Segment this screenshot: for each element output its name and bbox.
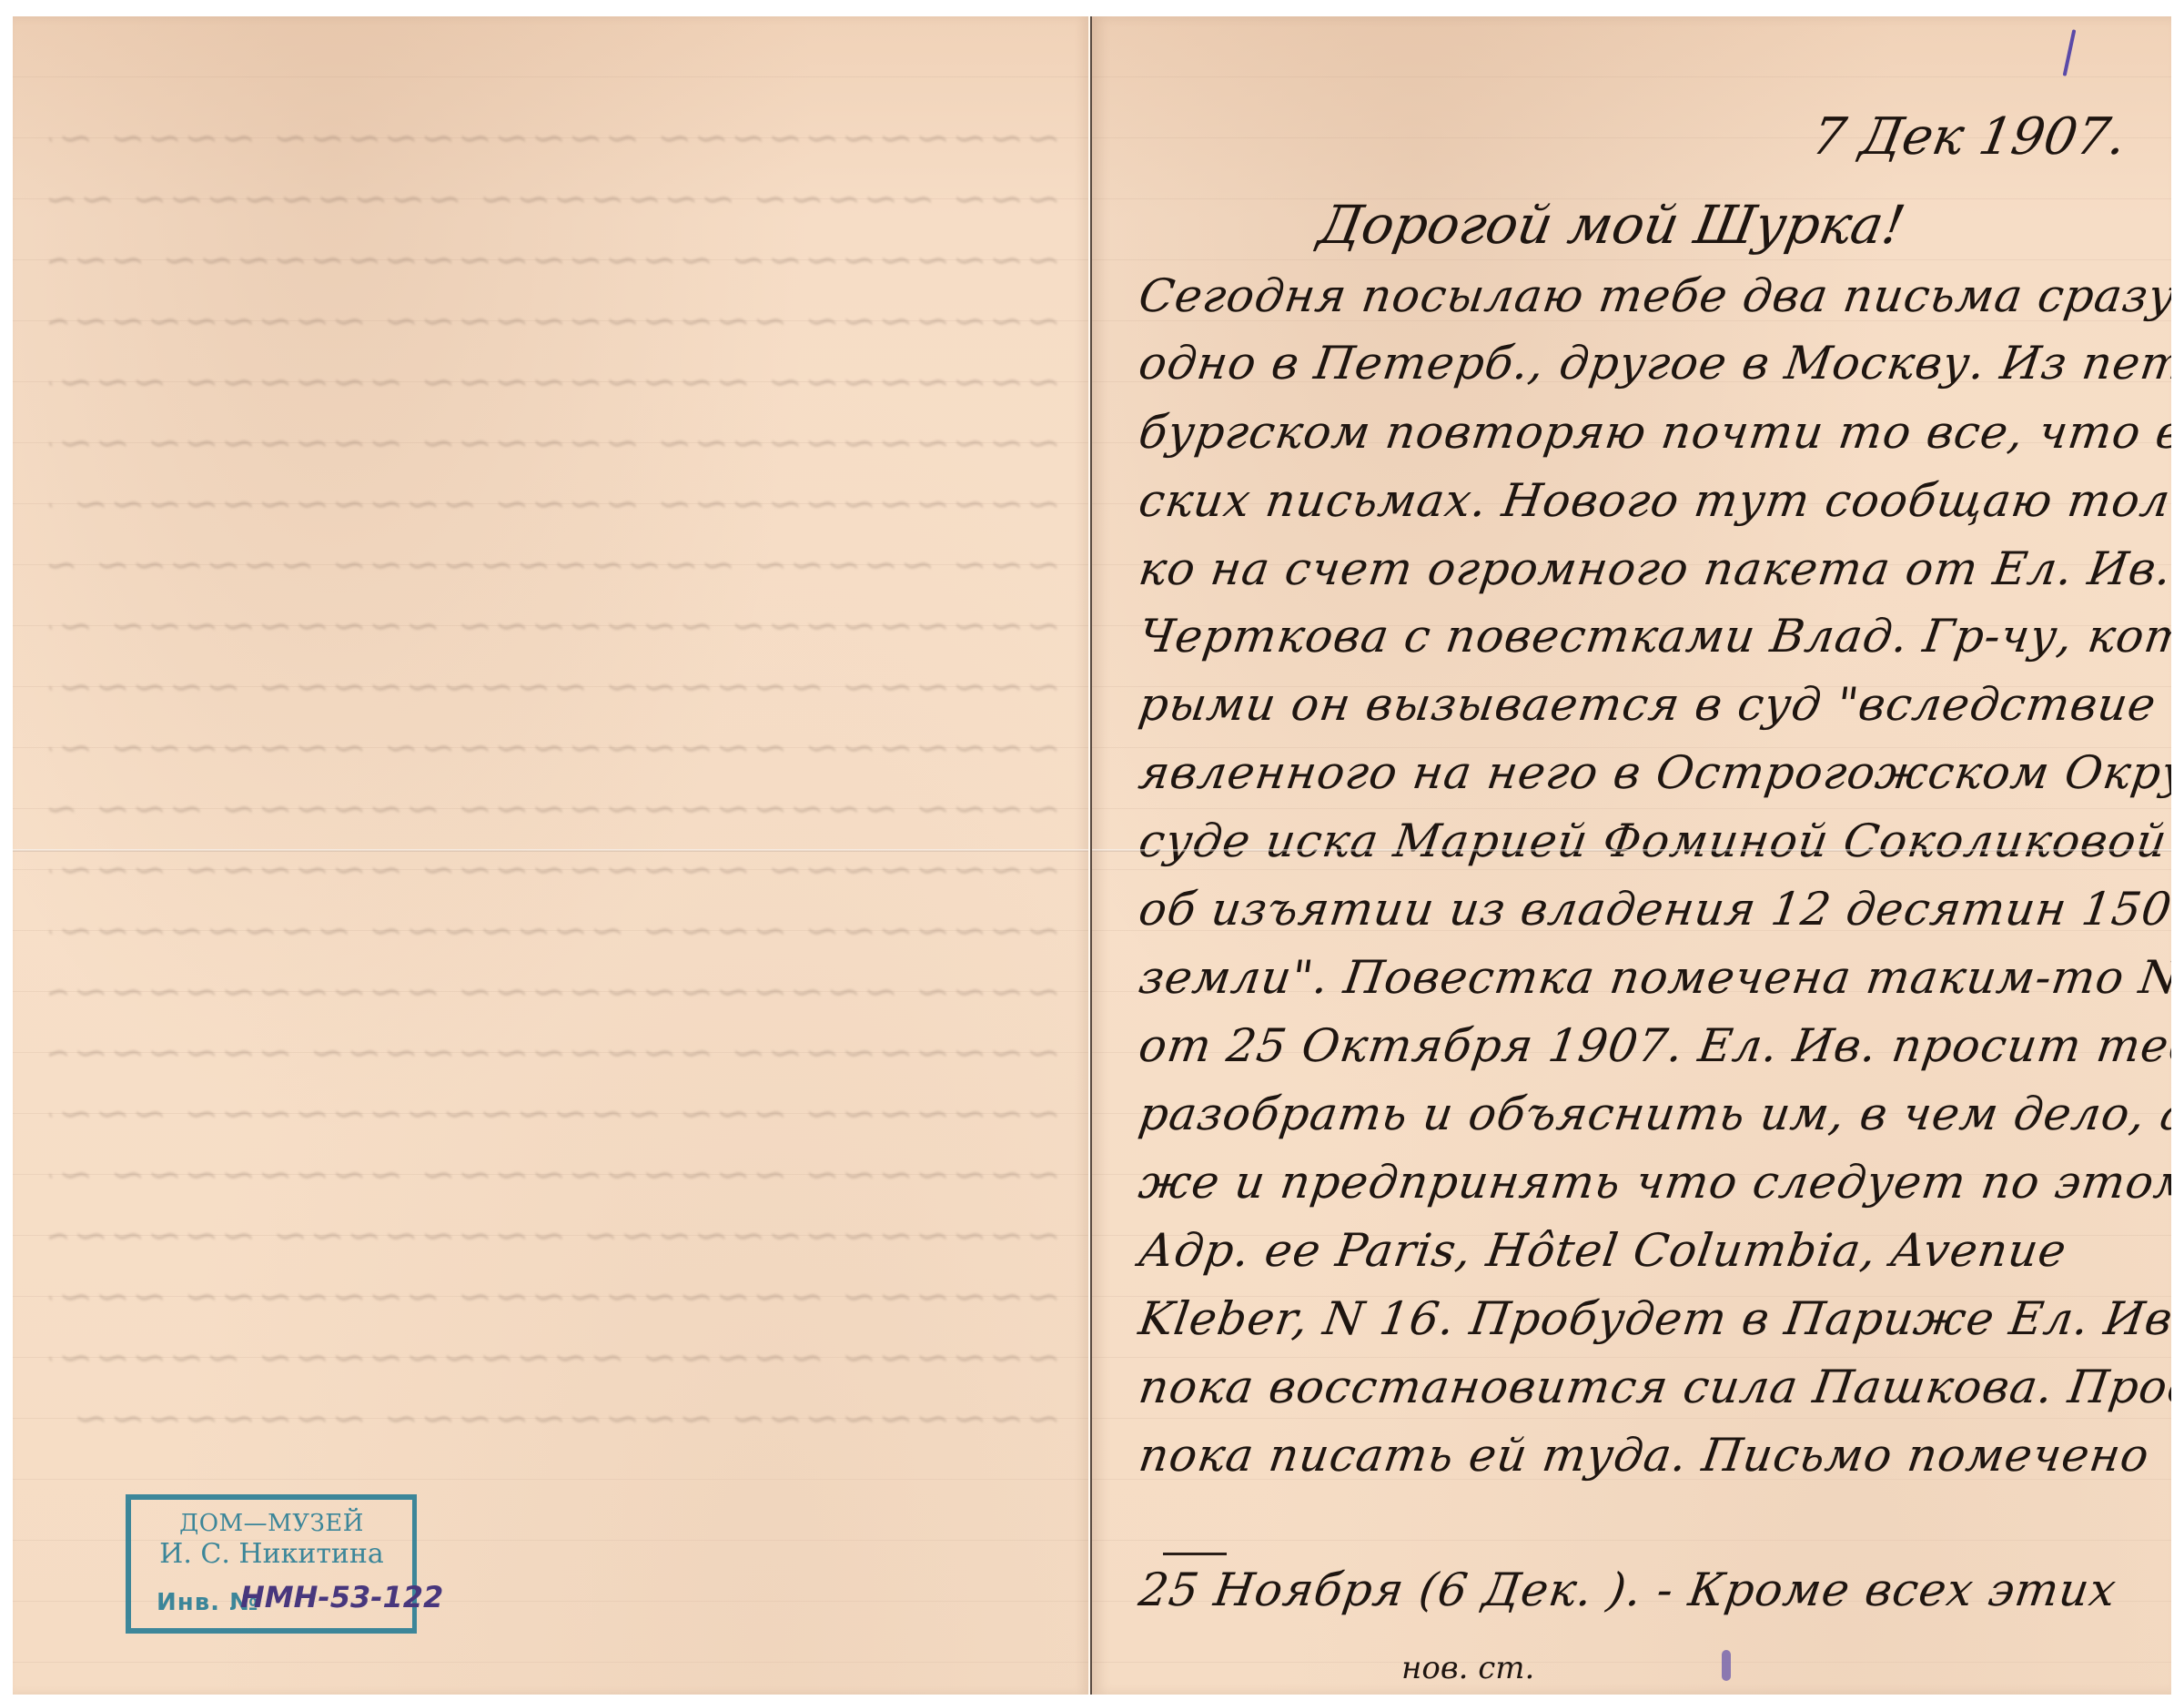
old-style-date-note: нов. ст.: [1401, 1650, 1534, 1686]
horizontal-fold-left: [13, 849, 1088, 852]
bleed-through-text: ~~~~~~~~~~~ ~~~~~~~~~~ ~~~~ ~~~~~~ ~~~ ~…: [49, 107, 1061, 1449]
letter-line: пока восстановится сила Пашкова. Просит: [1136, 1361, 2142, 1413]
ink-spot: [1722, 1650, 1731, 1681]
handwritten-letter: 7 Дек 1907. Дорогой мой Шурка! Сегодня п…: [1092, 16, 2171, 1695]
stamp-museum-name: ДОМ—МУЗЕЙ: [131, 1509, 412, 1538]
stamp-inventory-number: НМН-53-122: [240, 1580, 443, 1614]
stamp-museum-owner: И. С. Никитина: [131, 1538, 412, 1571]
letter-line: рыми он вызывается в суд "вследствие пре…: [1136, 678, 2142, 731]
right-page: 7 Дек 1907. Дорогой мой Шурка! Сегодня п…: [1090, 16, 2171, 1695]
letter-line: об изъятии из владения 12 десятин 1500 с…: [1136, 883, 2142, 936]
letter-line: 25 Ноября (6 Дек. ). - Кроме всех этих: [1136, 1563, 2142, 1616]
letter-line: Kleber, N 16. Пробудет в Париже Ел. Ив.: [1136, 1292, 2142, 1345]
letter-line: земли". Повестка помечена таким-то N: [1136, 951, 2142, 1004]
letter-sheet: ~~~~~~~~~~~ ~~~~~~~~~~ ~~~~ ~~~~~~ ~~~ ~…: [13, 16, 2169, 1695]
letter-line: от 25 Октября 1907. Ел. Ив. просит тебя: [1136, 1019, 2142, 1072]
letter-date: 7 Дек 1907.: [1808, 107, 2131, 167]
letter-line: же и предпринять что следует по этому де…: [1136, 1156, 2142, 1209]
letter-line: пока писать ей туда. Письмо помечено: [1136, 1429, 2142, 1482]
letter-line: суде иска Марией Фоминой Соколиковой: [1136, 815, 2142, 867]
letter-line: явленного на него в Острогожском Окружно…: [1136, 746, 2142, 799]
horizontal-fold-right: [1092, 849, 2171, 852]
museum-stamp: ДОМ—МУЗЕЙ И. С. Никитина Инв. № НМН-53-1…: [126, 1494, 417, 1634]
letter-line: ских письмах. Нового тут сообщаю толь-: [1136, 474, 2142, 527]
letter-line: Адр. ее Paris, Hôtel Columbia, Avenue: [1136, 1224, 2142, 1277]
underline-mark: [1163, 1553, 1227, 1555]
letter-line: разобрать и объяснить им, в чем дело, а …: [1136, 1088, 2142, 1140]
letter-line: бургском повторяю почти то все, что в мо…: [1136, 406, 2142, 459]
letter-line: Сегодня посылаю тебе два письма сразу:: [1136, 269, 2142, 322]
letter-line: Черткова с повестками Влад. Гр-чу, кото-: [1136, 610, 2142, 663]
left-page: ~~~~~~~~~~~ ~~~~~~~~~~ ~~~~ ~~~~~~ ~~~ ~…: [13, 16, 1088, 1695]
letter-line: одно в Петерб., другое в Москву. Из пете…: [1136, 337, 2142, 390]
letter-salutation: Дорогой мой Шурка!: [1314, 194, 1909, 256]
letter-line: ко на счет огромного пакета от Ел. Ив.: [1136, 542, 2142, 595]
